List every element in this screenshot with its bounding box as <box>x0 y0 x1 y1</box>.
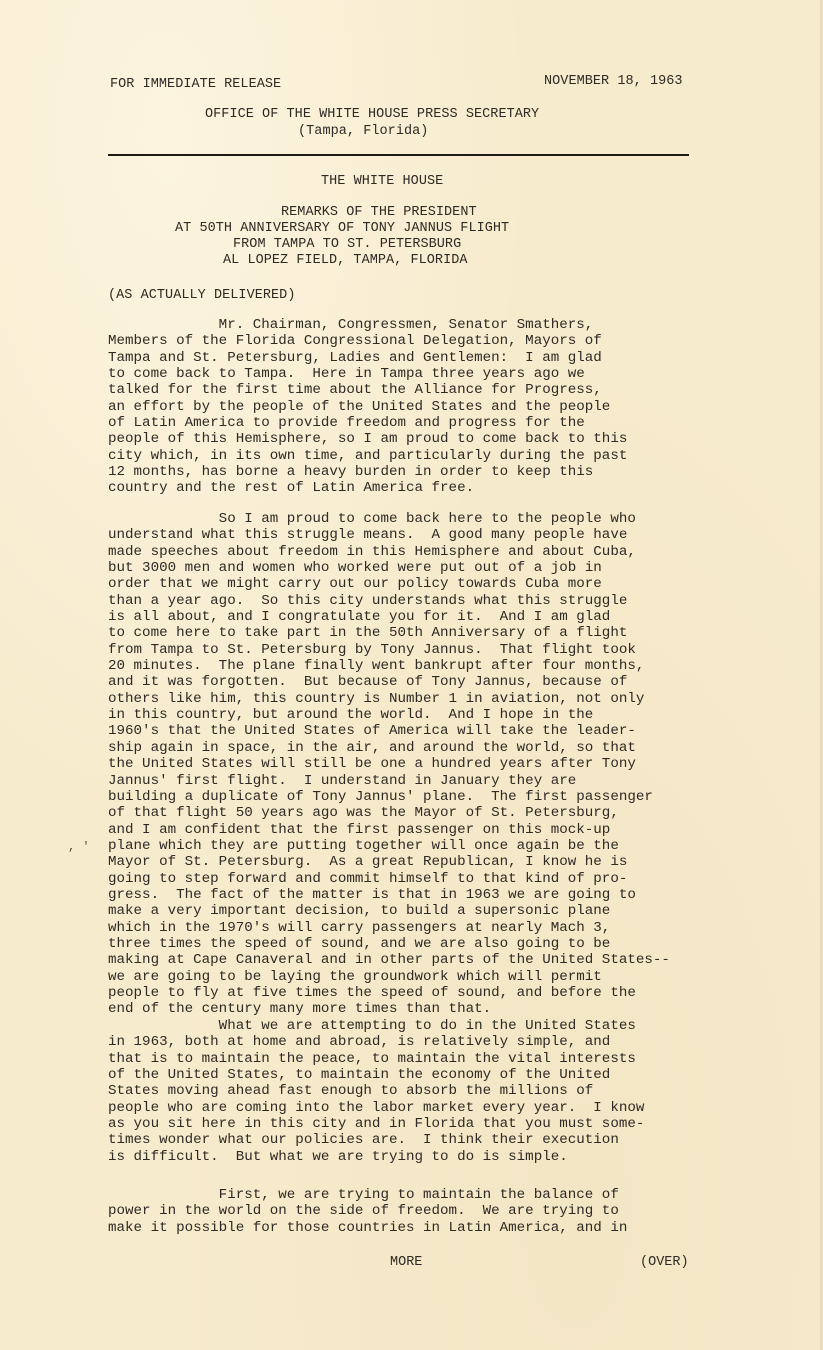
document-page: FOR IMMEDIATE RELEASE NOVEMBER 18, 1963 … <box>0 0 823 1350</box>
delivery-note: (AS ACTUALLY DELIVERED) <box>108 288 295 304</box>
header-divider <box>108 154 689 156</box>
title-line-4: AL LOPEZ FIELD, TAMPA, FLORIDA <box>223 253 468 269</box>
footer-more: MORE <box>390 1255 422 1270</box>
paragraph-aviation: So I am proud to come back here to the p… <box>108 511 670 1018</box>
title-line-3: FROM TAMPA TO ST. PETERSBURG <box>233 237 461 253</box>
release-date: NOVEMBER 18, 1963 <box>544 74 683 90</box>
title-line-2: AT 50TH ANNIVERSARY OF TONY JANNUS FLIGH… <box>175 221 509 237</box>
institution-heading: THE WHITE HOUSE <box>321 174 443 190</box>
paragraph-greeting: Mr. Chairman, Congressmen, Senator Smath… <box>108 317 627 497</box>
location-line: (Tampa, Florida) <box>298 124 428 140</box>
office-heading: OFFICE OF THE WHITE HOUSE PRESS SECRETAR… <box>205 107 539 123</box>
paragraph-policy: What we are attempting to do in the Unit… <box>108 1018 644 1165</box>
footer-over: (OVER) <box>640 1255 689 1270</box>
release-label: FOR IMMEDIATE RELEASE <box>110 77 281 93</box>
title-line-1: REMARKS OF THE PRESIDENT <box>281 205 477 221</box>
stray-ink-mark: , ' <box>68 840 90 854</box>
paragraph-balance-of-power: First, we are trying to maintain the bal… <box>108 1187 627 1236</box>
